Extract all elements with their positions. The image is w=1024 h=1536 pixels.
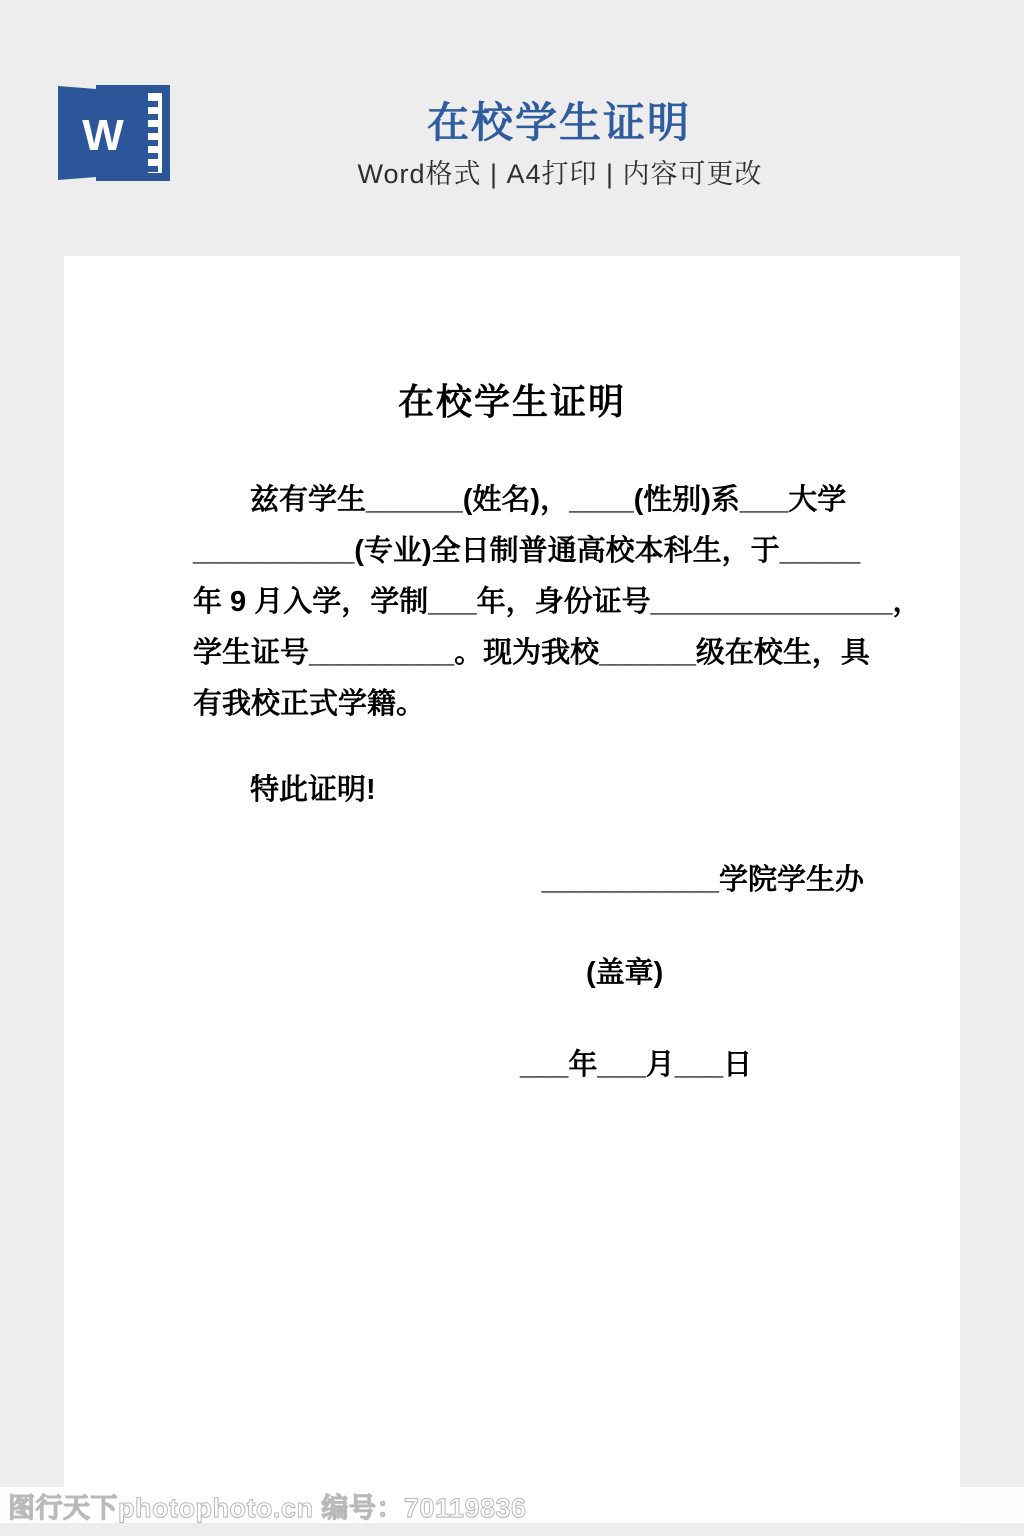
page-canvas: W 在校学生证明 Word格式 | A4打印 | 内容可更改 在校学生证明 兹有… — [0, 0, 1024, 1536]
watermark-text: 图行天下photophoto.cn 编号：70119836 — [0, 1486, 527, 1525]
document-body: 兹有学生______(姓名)，____(性别)系___大学 __________… — [193, 475, 873, 730]
date-line: ___年___月___日 — [520, 1040, 752, 1091]
certify-line: 特此证明! — [193, 765, 376, 816]
body-line: 兹有学生______(姓名)，____(性别)系___大学 — [193, 475, 873, 526]
document-page: 在校学生证明 兹有学生______(姓名)，____(性别)系___大学 ___… — [64, 256, 960, 1523]
header-title: 在校学生证明 — [47, 90, 1024, 150]
document-title: 在校学生证明 — [64, 374, 960, 425]
body-line: __________(专业)全日制普通高校本科生，于_____ — [193, 526, 873, 577]
body-line: 学生证号_________。现为我校______级在校生，具 — [193, 628, 873, 679]
watermark-bar: 图行天下photophoto.cn 编号：70119836 — [0, 1487, 1024, 1523]
body-line: 有我校正式学籍。 — [193, 679, 873, 730]
signature-line: ___________学院学生办 — [542, 855, 864, 906]
header: W 在校学生证明 Word格式 | A4打印 | 内容可更改 — [0, 0, 1024, 256]
seal-line: (盖章) — [586, 948, 663, 999]
header-subtitle: Word格式 | A4打印 | 内容可更改 — [48, 152, 1024, 191]
body-line: 年 9 月入学，学制___年，身份证号_______________， — [193, 577, 873, 628]
